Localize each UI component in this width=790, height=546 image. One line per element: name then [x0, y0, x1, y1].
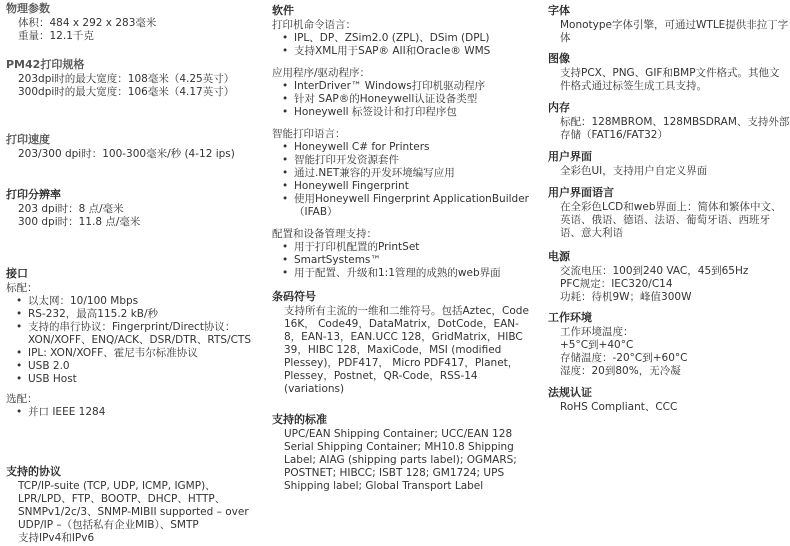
list-item: Honeywell 标签设计和打印程序包	[282, 106, 534, 119]
list-item: USB Host	[16, 373, 268, 386]
smart-printing-list: Honeywell C# for Printers 智能打印开发资源套件 通过.…	[272, 141, 534, 219]
spec-line: 工作环境温度：	[548, 326, 790, 339]
section-title: 接口	[6, 267, 268, 281]
section-title: 条码符号	[272, 290, 534, 304]
spec-line: 湿度：20到80%，无冷凝	[548, 365, 790, 378]
section-title: 内存	[548, 101, 790, 115]
sub-label: 打印机命令语言：	[272, 19, 534, 32]
spec-line: 重量：12.1千克	[6, 30, 268, 43]
section-power: 电源 交流电压：100到240 VAC，45到65Hz PFC规定：IEC320…	[548, 250, 790, 304]
spec-line: 203dpi时的最大宽度：108毫米（4.25英寸）	[6, 73, 268, 86]
list-item: Honeywell C# for Printers	[282, 141, 534, 154]
section-resolution: 打印分辨率 203 dpi时：8 点/毫米 300 dpi时：11.8 点/毫米	[6, 188, 268, 229]
section-title: 工作环境	[548, 311, 790, 325]
section-interface-optional: 选配： 并口 IEEE 1284	[6, 393, 268, 419]
section-title: 打印速度	[6, 133, 268, 147]
optional-label: 选配：	[6, 393, 268, 406]
config-mgmt-list: 用于打印机配置的PrintSet SmartSystems™ 用于配置、升级和1…	[272, 241, 534, 280]
section-ui-language: 用户界面语言 在全彩色LCD和web界面上：简体和繁体中文、英语、俄语、德语、法…	[548, 186, 790, 240]
list-item: IPL: XON/XOFF、霍尼韦尔标准协议	[16, 347, 268, 360]
list-item: 针对 SAP®的Honeywell认证设备类型	[282, 93, 534, 106]
section-protocols: 支持的协议 TCP/IP-suite (TCP, UDP, ICMP, IGMP…	[6, 465, 268, 545]
section-smart-printing: 智能打印语言： Honeywell C# for Printers 智能打印开发…	[272, 128, 534, 219]
spec-line: 300dpi时的最大宽度：106毫米（4.17英寸）	[6, 86, 268, 99]
certification-text: RoHS Compliant、CCC	[548, 401, 790, 414]
spec-line: 交流电压：100到240 VAC，45到65Hz	[548, 265, 790, 278]
section-title: 支持的标准	[272, 413, 534, 427]
section-certification: 法规认证 RoHS Compliant、CCC	[548, 386, 790, 414]
spec-line: 203/300 dpi时：100-300毫米/秒 (4-12 ips)	[6, 148, 268, 161]
ui-text: 全彩色UI，支持用户自定义界面	[548, 165, 790, 178]
section-interface: 接口 标配： 以太网：10/100 Mbps RS-232，最高115.2 kB…	[6, 267, 268, 386]
spec-line: 体积：484 x 292 x 283毫米	[6, 17, 268, 30]
sub-label: 配置和设备管理支持：	[272, 228, 534, 241]
section-title: 法规认证	[548, 386, 790, 400]
section-fonts: 字体 Monotype字体引擎，可通过WTLE提供非拉丁字体	[548, 4, 790, 45]
section-standards: 支持的标准 UPC/EAN Shipping Container; UCC/EA…	[272, 413, 534, 493]
sub-label: 智能打印语言：	[272, 128, 534, 141]
section-title: PM42打印规格	[6, 58, 268, 72]
section-title: 图像	[548, 52, 790, 66]
apps-drivers-list: InterDriver™ Windows打印机驱动程序 针对 SAP®的Hone…	[272, 80, 534, 119]
list-item: 以太网：10/100 Mbps	[16, 295, 268, 308]
section-apps-drivers: 应用程序/驱动程序： InterDriver™ Windows打印机驱动程序 针…	[272, 67, 534, 119]
optional-interface-list: 并口 IEEE 1284	[6, 406, 268, 419]
list-item: 使用Honeywell Fingerprint ApplicationBuild…	[282, 193, 534, 219]
standard-label: 标配：	[6, 282, 268, 295]
section-title: 用户界面语言	[548, 186, 790, 200]
list-item: USB 2.0	[16, 360, 268, 373]
ui-language-text: 在全彩色LCD和web界面上：简体和繁体中文、英语、俄语、德语、法语、葡萄牙语、…	[548, 201, 790, 240]
spec-line: 存储温度：-20°C到+60°C	[548, 352, 790, 365]
list-item: Honeywell Fingerprint	[282, 180, 534, 193]
spec-line: PFC规定：IEC320/C14	[548, 278, 790, 291]
memory-text: 标配：128MBROM、128MBSDRAM、支持外部存储（FAT16/FAT3…	[548, 116, 790, 142]
section-title: 支持的协议	[6, 465, 268, 479]
section-memory: 内存 标配：128MBROM、128MBSDRAM、支持外部存储（FAT16/F…	[548, 101, 790, 142]
list-item: 用于配置、升级和1:1管理的成熟的web界面	[282, 267, 534, 280]
protocols-text-ip: 支持IPv4和IPv6	[6, 532, 268, 545]
list-item: 用于打印机配置的PrintSet	[282, 241, 534, 254]
list-item: 通过.NET兼容的开发环境编写应用	[282, 167, 534, 180]
list-item: RS-232，最高115.2 kB/秒	[16, 308, 268, 321]
list-item: 并口 IEEE 1284	[16, 406, 268, 419]
graphics-text: 支持PCX、PNG、GIF和BMP文件格式。其他文件格式通过标签生成工具支持。	[548, 67, 790, 93]
fonts-text: Monotype字体引擎，可通过WTLE提供非拉丁字体	[548, 19, 790, 45]
list-item: SmartSystems™	[282, 254, 534, 267]
list-item: 智能打印开发资源套件	[282, 154, 534, 167]
section-config-mgmt: 配置和设备管理支持： 用于打印机配置的PrintSet SmartSystems…	[272, 228, 534, 280]
section-environment: 工作环境 工作环境温度： +5°C到+40°C 存储温度：-20°C到+60°C…	[548, 311, 790, 378]
command-language-list: IPL、DP、ZSim2.0 (ZPL)、DSim (DPL) 支持XML用于S…	[272, 32, 534, 58]
section-title: 物理参数	[6, 2, 268, 16]
spec-line: 功耗：待机9W；峰值300W	[548, 291, 790, 304]
section-graphics: 图像 支持PCX、PNG、GIF和BMP文件格式。其他文件格式通过标签生成工具支…	[548, 52, 790, 93]
barcodes-text: 支持所有主流的一维和二维符号。包括Aztec，Code 16K， Code49，…	[272, 305, 534, 396]
spec-line: +5°C到+40°C	[548, 339, 790, 352]
list-item: 支持XML用于SAP® AII和Oracle® WMS	[282, 45, 534, 58]
section-pm42: PM42打印规格 203dpi时的最大宽度：108毫米（4.25英寸） 300d…	[6, 58, 268, 99]
protocols-text: TCP/IP-suite (TCP, UDP, ICMP, IGMP)、LPR/…	[6, 480, 268, 532]
section-barcodes: 条码符号 支持所有主流的一维和二维符号。包括Aztec，Code 16K， Co…	[272, 290, 534, 396]
standards-text: UPC/EAN Shipping Container; UCC/EAN 128 …	[272, 428, 534, 493]
sub-label: 应用程序/驱动程序：	[272, 67, 534, 80]
list-item: InterDriver™ Windows打印机驱动程序	[282, 80, 534, 93]
list-item: IPL、DP、ZSim2.0 (ZPL)、DSim (DPL)	[282, 32, 534, 45]
spec-line: 300 dpi时：11.8 点/毫米	[6, 216, 268, 229]
section-title: 电源	[548, 250, 790, 264]
section-software: 软件 打印机命令语言： IPL、DP、ZSim2.0 (ZPL)、DSim (D…	[272, 4, 534, 58]
section-ui: 用户界面 全彩色UI，支持用户自定义界面	[548, 150, 790, 178]
list-item: 支持的串行协议：Fingerprint/Direct协议：XON/XOFF、EN…	[16, 321, 268, 347]
spec-line: 203 dpi时：8 点/毫米	[6, 203, 268, 216]
section-title: 用户界面	[548, 150, 790, 164]
section-speed: 打印速度 203/300 dpi时：100-300毫米/秒 (4-12 ips)	[6, 133, 268, 161]
section-title: 打印分辨率	[6, 188, 268, 202]
section-title: 软件	[272, 4, 534, 18]
section-title: 字体	[548, 4, 790, 18]
standard-interface-list: 以太网：10/100 Mbps RS-232，最高115.2 kB/秒 支持的串…	[6, 295, 268, 386]
section-physical: 物理参数 体积：484 x 292 x 283毫米 重量：12.1千克	[6, 2, 268, 43]
